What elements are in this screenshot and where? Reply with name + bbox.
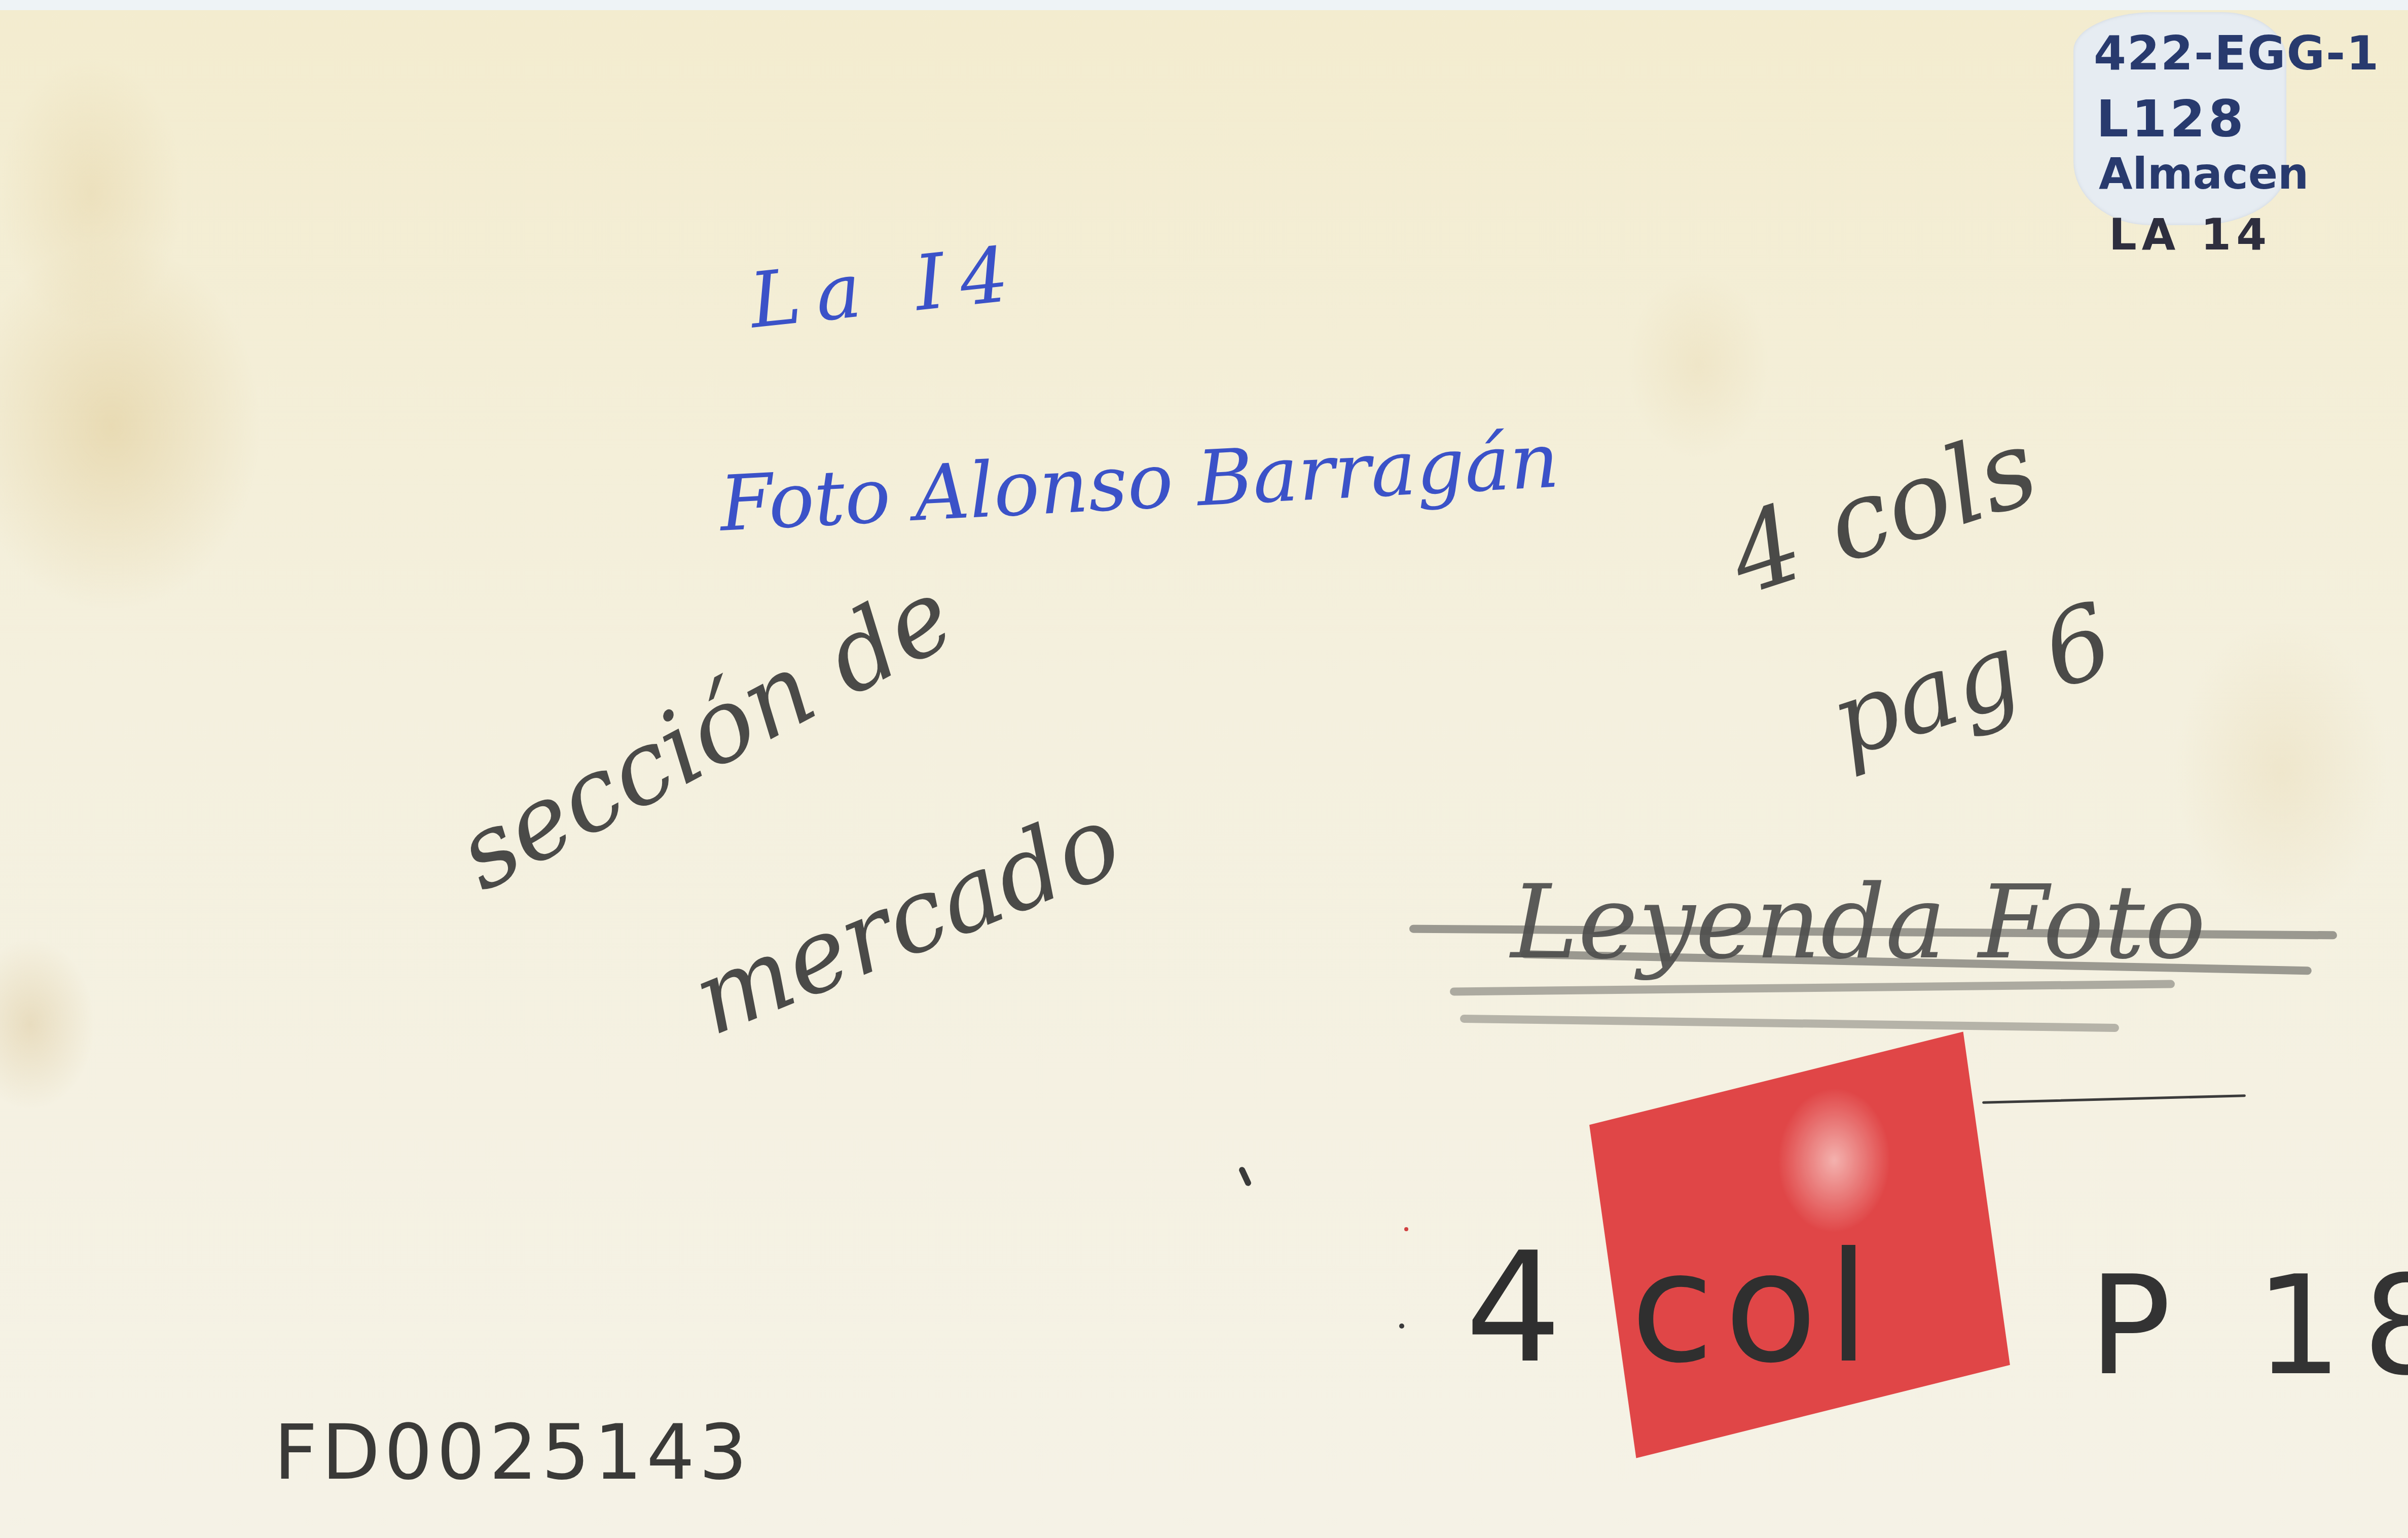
sticker-line-reference: 422-EGG-1: [2094, 30, 2380, 77]
ink-speck: [1399, 1324, 1404, 1329]
scan-top-edge: [0, 0, 2408, 10]
scanned-photo-verso: 422-EGG-1 L128 Almacen LA 14 La I4 Foto …: [0, 0, 2408, 1538]
note-placement: 4 col: [1465, 1232, 1880, 1384]
paper-background: [0, 10, 2408, 1538]
ink-speck: [1404, 1227, 1408, 1231]
archive-id: FD0025143: [274, 1415, 751, 1491]
sticker-line-box: L128: [2096, 94, 2246, 145]
note-placement-code: P 18: [2089, 1258, 2408, 1394]
sticker-line-location: Almacen: [2099, 152, 2309, 196]
sticker-line-section: LA 14: [2109, 213, 2272, 257]
